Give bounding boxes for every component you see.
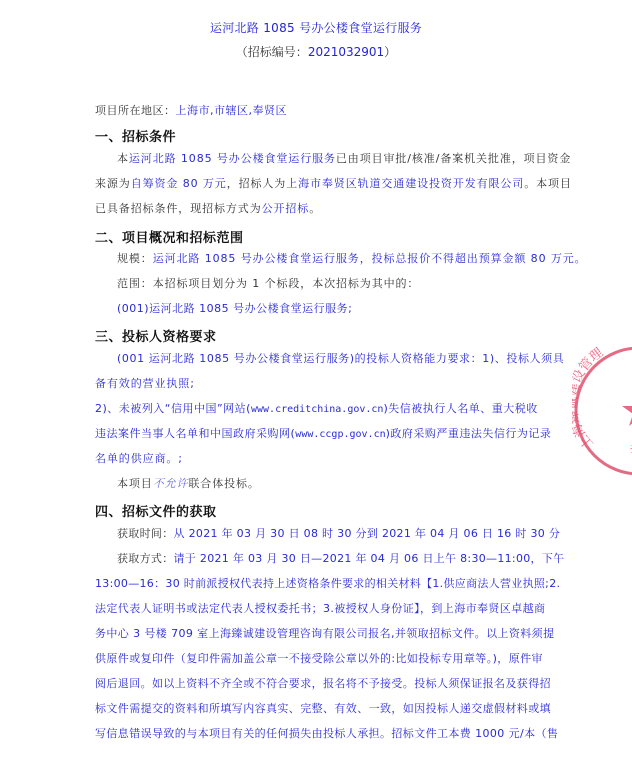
text-segment: 运河北路 1085 号办公楼食堂运行服务，投标总报价不得超出预算金额 80 万元… bbox=[153, 252, 587, 265]
text-segment: 从 2021 年 03 月 30 日 08 时 30 分到 2021 年 04 … bbox=[174, 527, 561, 540]
document-page: 运河北路 1085 号办公楼食堂运行服务 （招标编号：2021032901） 项… bbox=[0, 0, 632, 767]
section-4-time: 获取时间：从 2021 年 03 月 30 日 08 时 30 分到 2021 … bbox=[117, 527, 560, 541]
text-segment: 获取时间： bbox=[117, 527, 174, 540]
section-3-line-1: (001 运河北路 1085 号办公楼食堂运行服务)的投标人资格能力要求：1)、… bbox=[117, 352, 564, 366]
section-4-method-line-3: 法定代表人证明书或法定代表人授权委托书；3.被授权人身份证】，到上海市奉贤区卓越… bbox=[95, 602, 545, 616]
text-segment: 上海市,市辖区,奉贤区 bbox=[176, 104, 288, 117]
section-1-line-3: 已具备招标条件，现招标方式为公开招标。 bbox=[95, 202, 321, 216]
text-segment: 项目所在地区： bbox=[95, 104, 176, 117]
section-1-line-2: 来源为自筹资金 80 万元，招标人为上海市奉贤区轨道交通建设投资开发有限公司。本… bbox=[95, 177, 572, 191]
text-segment: 已由项目审批/核准/备案机关批准，项目资金 bbox=[336, 152, 571, 165]
text-segment: 名单的供应商。; bbox=[95, 452, 183, 465]
text-segment: 公开招标 bbox=[262, 202, 310, 215]
document-title: 运河北路 1085 号办公楼食堂运行服务 bbox=[0, 19, 632, 36]
seal-star-icon bbox=[622, 394, 632, 426]
text-segment: 联合体投标。 bbox=[188, 477, 259, 490]
section-3-line-2: 备有效的营业执照; bbox=[95, 377, 195, 391]
text-segment: 不允许 bbox=[153, 477, 189, 490]
text-segment: 已具备招标条件，现招标方式为 bbox=[95, 202, 262, 215]
text-segment: 法定代表人证明书或法定代表人授权委托书；3.被授权人身份证】，到上海市奉贤区卓越… bbox=[95, 602, 545, 615]
text-segment: 来源为 bbox=[95, 177, 131, 190]
text-segment: 获取方式： bbox=[117, 552, 174, 565]
section-4-method-line-5: 供原件或复印件（复印件需加盖公章一不接受除公章以外的:比如投标专用章等。)，原件… bbox=[95, 652, 543, 666]
section-4-method-line-1: 获取方式：请于 2021 年 03 月 30 日—2021 年 04 月 06 … bbox=[117, 552, 564, 566]
section-3-line-3: 2)、未被列入“信用中国”网站(www.creditchina.gov.cn)失… bbox=[95, 402, 538, 417]
section-1-line-1: 本运河北路 1085 号办公楼食堂运行服务已由项目审批/核准/备案机关批准，项目… bbox=[117, 152, 571, 166]
section-heading-3: 三、投标人资格要求 bbox=[95, 326, 217, 345]
section-3-line-4: 违法案件当事人名单和中国政府采购网(www.ccgp.gov.cn)政府采购严重… bbox=[95, 427, 551, 442]
section-4-method-line-7: 标文件需提交的资料和所填写内容真实、完整、有效、一致，如因投标人递交虚假材料或填 bbox=[95, 702, 551, 716]
text-segment: 。 bbox=[309, 202, 321, 215]
section-4-method-line-2: 13:00—16：30 时前派授权代表持上述资格条件要求的相关材料【1.供应商法… bbox=[95, 577, 560, 591]
section-3-joint-bid: 本项目不允许联合体投标。 bbox=[117, 477, 260, 491]
text-segment: 请于 2021 年 03 月 30 日—2021 年 04 月 06 日上午 8… bbox=[174, 552, 565, 565]
text-segment: 备有效的营业执照; bbox=[95, 377, 195, 390]
tender-number-suffix: ） bbox=[384, 45, 396, 59]
tender-number-prefix: （招标编号： bbox=[236, 45, 308, 59]
company-seal-stamp: 上海臻诚建设管理 招标 bbox=[572, 344, 632, 478]
text-segment: 自筹资金 80 万元 bbox=[131, 177, 227, 190]
section-4-method-line-8: 写信息错误导致的与本项目有关的任何损失由投标人承担。招标文件工本费 1000 元… bbox=[95, 727, 558, 741]
section-4-method-line-6: 阅后退回。如以上资料不齐全或不符合要求，报名将不予接受。投标人须保证报名及获得招 bbox=[95, 677, 551, 691]
tender-number: （招标编号：2021032901） bbox=[0, 43, 632, 60]
text-segment: 供原件或复印件（复印件需加盖公章一不接受除公章以外的:比如投标专用章等。)，原件… bbox=[95, 652, 543, 665]
text-segment: 标文件需提交的资料和所填写内容真实、完整、有效、一致，如因投标人递交虚假材料或填 bbox=[95, 702, 551, 715]
text-segment: 违法案件当事人名单和中国政府采购网( bbox=[95, 427, 295, 440]
section-heading-2: 二、项目概况和招标范围 bbox=[95, 227, 244, 246]
text-segment: (001)运河北路 1085 号办公楼食堂运行服务; bbox=[117, 302, 352, 315]
text-segment: 写信息错误导致的与本项目有关的任何损失由投标人承担。招标文件工本费 1000 元… bbox=[95, 727, 558, 740]
section-heading-1: 一、招标条件 bbox=[95, 126, 176, 145]
section-2-lot: (001)运河北路 1085 号办公楼食堂运行服务; bbox=[117, 302, 352, 316]
text-segment: 本项目 bbox=[117, 477, 153, 490]
url-text: www.creditchina.gov.cn bbox=[251, 404, 383, 415]
text-segment: 上海市奉贤区轨道交通建设投资开发有限公司 bbox=[286, 177, 524, 190]
text-segment: (001 运河北路 1085 号办公楼食堂运行服务)的投标人资格能力要求：1)、… bbox=[117, 352, 564, 365]
text-segment: 阅后退回。如以上资料不齐全或不符合要求，报名将不予接受。投标人须保证报名及获得招 bbox=[95, 677, 551, 690]
text-segment: 13:00—16：30 时前派授权代表持上述资格条件要求的相关材料【1.供应商法… bbox=[95, 577, 560, 590]
text-segment: 2)、未被列入“信用中国”网站( bbox=[95, 402, 251, 415]
text-segment: )政府采购严重违法失信行为记录 bbox=[386, 427, 552, 440]
text-segment: 务中心 3 号楼 709 室上海臻诚建设管理咨询有限公司报名,并领取招标文件。以… bbox=[95, 627, 554, 640]
section-heading-4: 四、招标文件的获取 bbox=[95, 501, 217, 520]
text-segment: 。本项目 bbox=[524, 177, 572, 190]
section-2-scale: 规模：运河北路 1085 号办公楼食堂运行服务，投标总报价不得超出预算金额 80… bbox=[117, 252, 587, 266]
text-segment: 范围：本招标项目划分为 1 个标段，本次招标为其中的： bbox=[117, 277, 419, 290]
text-segment: )失信被执行人名单、重大税收 bbox=[383, 402, 537, 415]
text-segment: 规模： bbox=[117, 252, 153, 265]
section-4-method-line-4: 务中心 3 号楼 709 室上海臻诚建设管理咨询有限公司报名,并领取招标文件。以… bbox=[95, 627, 554, 641]
text-segment: ，招标人为 bbox=[227, 177, 287, 190]
project-location: 项目所在地区：上海市,市辖区,奉贤区 bbox=[95, 104, 287, 118]
text-segment: 本 bbox=[117, 152, 129, 165]
text-segment: 运河北路 1085 号办公楼食堂运行服务 bbox=[129, 152, 336, 165]
section-2-scope: 范围：本招标项目划分为 1 个标段，本次招标为其中的： bbox=[117, 277, 419, 291]
tender-number-value: 2021032901 bbox=[308, 45, 384, 59]
url-text: www.ccgp.gov.cn bbox=[295, 429, 385, 440]
section-3-line-5: 名单的供应商。; bbox=[95, 452, 183, 466]
